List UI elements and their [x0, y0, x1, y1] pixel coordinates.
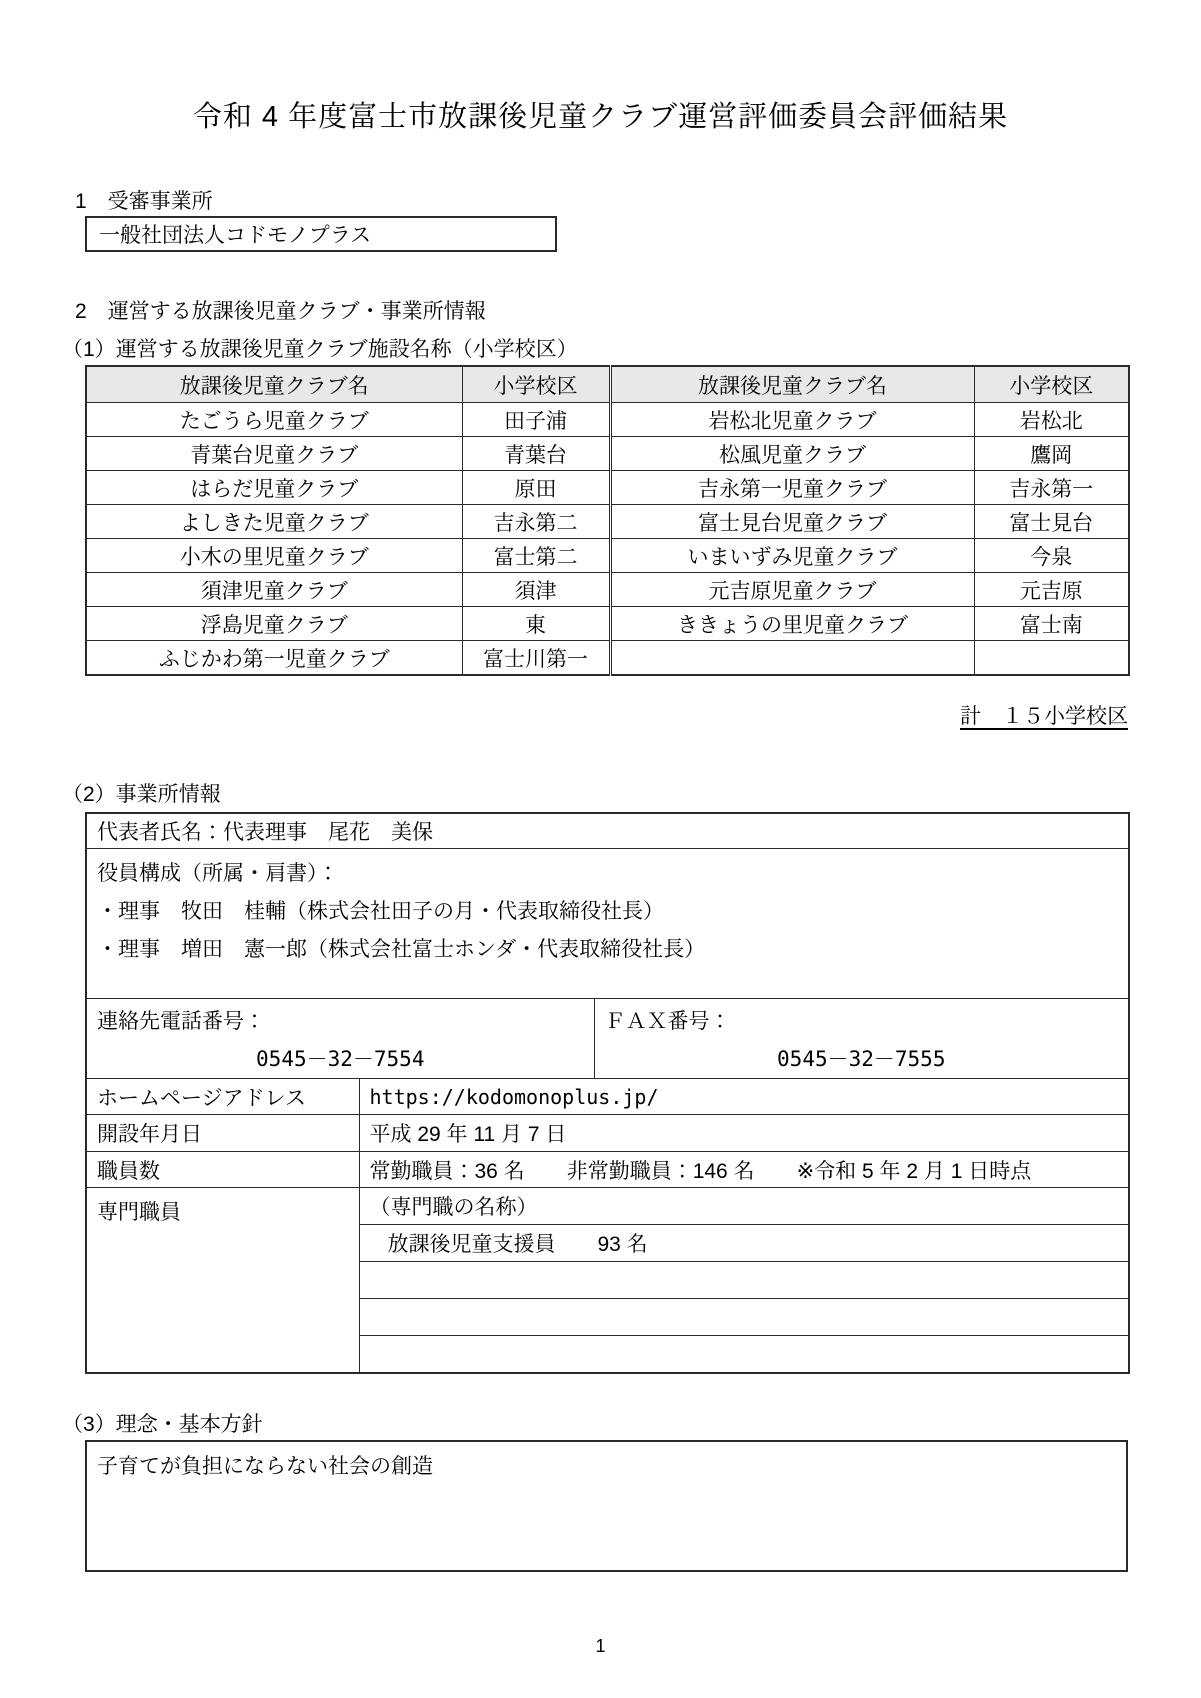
audited-org-box: 一般社団法人コドモノプラス	[85, 216, 557, 252]
board-member: ・理事 増田 憲一郎（株式会社富士ホンダ・代表取締役社長）	[97, 931, 1118, 969]
table-row: 須津児童クラブ 須津 元吉原児童クラブ 元吉原	[86, 573, 1129, 607]
district-total-text: 計 １５小学校区	[960, 705, 1128, 728]
policy-box: 子育てが負担にならない社会の創造	[85, 1440, 1128, 1572]
club-name-cell: はらだ児童クラブ	[86, 471, 462, 505]
staff-value: 常勤職員：36 名 非常勤職員：146 名 ※令和 5 年 2 月 1 日時点	[359, 1152, 1129, 1188]
empty-cell	[359, 1336, 1129, 1374]
specialist-note-cell: （専門職の名称）	[359, 1188, 1129, 1225]
clubs-subheading: （1）運営する放課後児童クラブ施設名称（小学校区）	[62, 333, 578, 363]
school-district-cell: 富士南	[974, 607, 1129, 641]
club-name-cell: 富士見台児童クラブ	[610, 505, 974, 539]
school-district-cell: 田子浦	[462, 403, 610, 437]
representative-row: 代表者氏名：代表理事 尾花 美保	[86, 813, 1129, 849]
office-info-table: 代表者氏名：代表理事 尾花 美保 役員構成（所属・肩書）： ・理事 牧田 桂輔（…	[85, 812, 1130, 1374]
clubs-table-header-row: 放課後児童クラブ名 小学校区 放課後児童クラブ名 小学校区	[86, 366, 1129, 403]
homepage-url: https://kodomonoplus.jp/	[359, 1079, 1129, 1115]
school-district-cell: 鷹岡	[974, 437, 1129, 471]
table-row: よしきた児童クラブ 吉永第二 富士見台児童クラブ 富士見台	[86, 505, 1129, 539]
table-row: 青葉台児童クラブ 青葉台 松風児童クラブ 鷹岡	[86, 437, 1129, 471]
school-district-cell	[974, 641, 1129, 676]
phone-label: 連絡先電話番号：	[97, 1005, 584, 1035]
board-label: 役員構成（所属・肩書）：	[97, 855, 1118, 893]
fax-label: ＦＡＸ番号：	[605, 1005, 1119, 1035]
established-label: 開設年月日	[86, 1115, 359, 1152]
document-page: 令和 4 年度富士市放課後児童クラブ運営評価委員会評価結果 1 受審事業所 一般…	[0, 0, 1201, 1698]
page-number: 1	[0, 1636, 1201, 1657]
section-1-heading: 1 受審事業所	[75, 185, 213, 215]
table-row: たごうら児童クラブ 田子浦 岩松北児童クラブ 岩松北	[86, 403, 1129, 437]
board-cell: 役員構成（所属・肩書）： ・理事 牧田 桂輔（株式会社田子の月・代表取締役社長）…	[86, 849, 1129, 999]
club-name-cell: よしきた児童クラブ	[86, 505, 462, 539]
school-district-cell: 富士見台	[974, 505, 1129, 539]
homepage-row: ホームページアドレス https://kodomonoplus.jp/	[86, 1079, 1129, 1115]
club-name-cell: 浮島児童クラブ	[86, 607, 462, 641]
staff-label: 職員数	[86, 1152, 359, 1188]
table-row: はらだ児童クラブ 原田 吉永第一児童クラブ 吉永第一	[86, 471, 1129, 505]
fax-number: 0545－32－7555	[605, 1043, 1119, 1073]
board-row: 役員構成（所属・肩書）： ・理事 牧田 桂輔（株式会社田子の月・代表取締役社長）…	[86, 849, 1129, 999]
staff-row: 職員数 常勤職員：36 名 非常勤職員：146 名 ※令和 5 年 2 月 1 …	[86, 1152, 1129, 1188]
homepage-label: ホームページアドレス	[86, 1079, 359, 1115]
school-district-cell: 東	[462, 607, 610, 641]
school-district-cell: 吉永第二	[462, 505, 610, 539]
representative-cell: 代表者氏名：代表理事 尾花 美保	[86, 813, 1129, 849]
page-title: 令和 4 年度富士市放課後児童クラブ運営評価委員会評価結果	[0, 94, 1201, 135]
school-district-cell: 青葉台	[462, 437, 610, 471]
school-district-cell: 富士第二	[462, 539, 610, 573]
policy-text: 子育てが負担にならない社会の創造	[97, 1455, 433, 1478]
school-district-cell: 吉永第一	[974, 471, 1129, 505]
section-2-heading: 2 運営する放課後児童クラブ・事業所情報	[75, 295, 486, 325]
school-district-cell: 富士川第一	[462, 641, 610, 676]
club-name-cell: 岩松北児童クラブ	[610, 403, 974, 437]
school-district-cell: 原田	[462, 471, 610, 505]
established-row: 開設年月日 平成 29 年 11 月 7 日	[86, 1115, 1129, 1152]
table-row: ふじかわ第一児童クラブ 富士川第一	[86, 641, 1129, 676]
org-name: 一般社団法人コドモノプラス	[99, 219, 371, 249]
specialists-label-cell: 専門職員	[86, 1188, 359, 1374]
phone-cell: 連絡先電話番号： 0545－32－7554	[86, 999, 594, 1079]
school-district-header: 小学校区	[462, 366, 610, 403]
board-member: ・理事 牧田 桂輔（株式会社田子の月・代表取締役社長）	[97, 893, 1118, 931]
table-row: 浮島児童クラブ 東 ききょうの里児童クラブ 富士南	[86, 607, 1129, 641]
club-name-cell: 小木の里児童クラブ	[86, 539, 462, 573]
club-name-cell: ふじかわ第一児童クラブ	[86, 641, 462, 676]
district-total-line: 計 １５小学校区	[85, 700, 1128, 730]
school-district-cell: 須津	[462, 573, 610, 607]
school-district-cell: 今泉	[974, 539, 1129, 573]
club-name-cell	[610, 641, 974, 676]
policy-subheading: （3）理念・基本方針	[62, 1408, 263, 1438]
specialist-note-row: 専門職員 （専門職の名称）	[86, 1188, 1129, 1225]
club-name-cell: ききょうの里児童クラブ	[610, 607, 974, 641]
club-name-cell: 元吉原児童クラブ	[610, 573, 974, 607]
specialist-item-cell: 放課後児童支援員 93 名	[359, 1225, 1129, 1262]
club-name-cell: いまいずみ児童クラブ	[610, 539, 974, 573]
school-district-header: 小学校区	[974, 366, 1129, 403]
club-name-header: 放課後児童クラブ名	[86, 366, 462, 403]
empty-cell	[359, 1262, 1129, 1299]
clubs-table: 放課後児童クラブ名 小学校区 放課後児童クラブ名 小学校区 たごうら児童クラブ …	[85, 365, 1130, 676]
club-name-cell: たごうら児童クラブ	[86, 403, 462, 437]
club-name-cell: 吉永第一児童クラブ	[610, 471, 974, 505]
empty-cell	[359, 1299, 1129, 1336]
phone-fax-row: 連絡先電話番号： 0545－32－7554 ＦＡＸ番号： 0545－32－755…	[86, 999, 1129, 1079]
club-name-header: 放課後児童クラブ名	[610, 366, 974, 403]
table-row: 小木の里児童クラブ 富士第二 いまいずみ児童クラブ 今泉	[86, 539, 1129, 573]
club-name-cell: 須津児童クラブ	[86, 573, 462, 607]
phone-number: 0545－32－7554	[97, 1043, 584, 1073]
club-name-cell: 青葉台児童クラブ	[86, 437, 462, 471]
school-district-cell: 岩松北	[974, 403, 1129, 437]
established-value: 平成 29 年 11 月 7 日	[359, 1115, 1129, 1152]
office-info-subheading: （2）事業所情報	[62, 778, 221, 808]
club-name-cell: 松風児童クラブ	[610, 437, 974, 471]
school-district-cell: 元吉原	[974, 573, 1129, 607]
fax-cell: ＦＡＸ番号： 0545－32－7555	[594, 999, 1129, 1079]
